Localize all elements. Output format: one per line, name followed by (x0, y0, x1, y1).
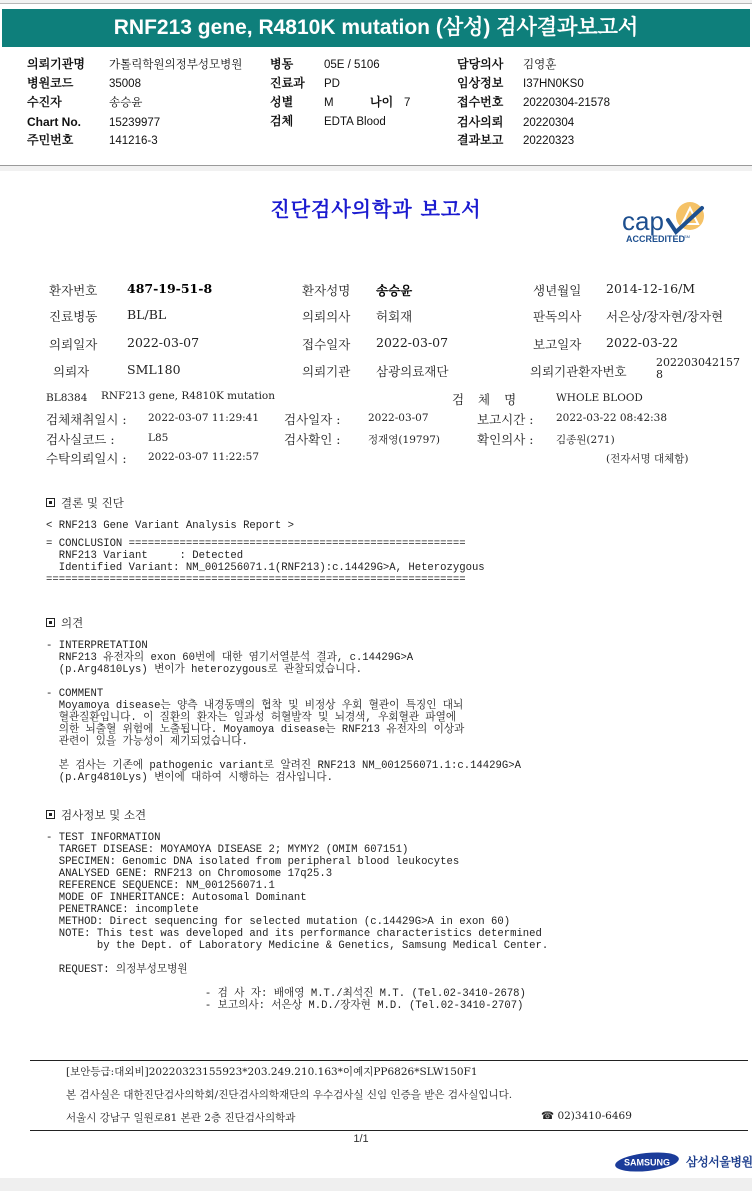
page-number: 1/1 (0, 1133, 722, 1145)
samsung-logo: SAMSUNG (614, 1151, 680, 1173)
value-receipt-date: 2022-03-07 (376, 335, 448, 350)
opinion-line: - COMMENT (46, 688, 521, 700)
test-info-line: NOTE: This test was developed and its pe… (46, 928, 548, 940)
label-specimen-name: 검 체 명 (452, 390, 521, 408)
conclusion-line: = CONCLUSION ===========================… (46, 538, 485, 550)
value-resident-number: 141216-3 (109, 132, 158, 151)
value-clinical-info: I37HN0KS0 (523, 75, 584, 94)
value-patient-name: 송승윤 (376, 281, 412, 299)
label-request-date: 의뢰일자 (49, 335, 97, 353)
square-bullet-icon (46, 498, 55, 507)
footer-top-rule (30, 1060, 748, 1061)
value-result-report: 20220323 (523, 132, 574, 151)
test-info-line: - TEST INFORMATION (46, 832, 548, 844)
value-requesting-org: 삼광의료재단 (376, 362, 448, 380)
document-title: RNF213 gene, R4810K mutation (삼성) 검사결과보고… (114, 16, 638, 39)
value-collection-time: 2022-03-07 11:29:41 (148, 412, 259, 424)
value-sex: M (324, 94, 370, 113)
test-info-line: PENETRANCE: incomplete (46, 904, 548, 916)
test-info-line: MODE OF INHERITANCE: Autosomal Dominant (46, 892, 548, 904)
label-receipt-date: 접수일자 (302, 335, 350, 353)
conclusion-line: RNF213 Variant : Detected (46, 550, 485, 562)
label-result-report: 결과보고 (457, 131, 523, 150)
value-birthdate: 2014-12-16/M (606, 281, 695, 296)
test-info-line: REFERENCE SEQUENCE: NM_001256071.1 (46, 880, 548, 892)
label-requester: 의뢰자 (53, 362, 89, 380)
label-ward: 병동 (270, 55, 324, 74)
test-info-line: TARGET DISEASE: MOYAMOYA DISEASE 2; MYMY… (46, 844, 548, 856)
test-info-line: SPECIMEN: Genomic DNA isolated from peri… (46, 856, 548, 868)
label-sex: 성별 (270, 93, 324, 112)
value-specimen-name: WHOLE BLOOD (556, 392, 643, 404)
section-title-opinion: 의견 (61, 616, 83, 630)
svg-text:SAMSUNG: SAMSUNG (624, 1158, 670, 1168)
value-requester: SML180 (127, 362, 181, 377)
value-confirm-doctor: 김종원(271) (556, 432, 615, 447)
label-requesting-org: 의뢰기관 (302, 362, 350, 380)
svg-text:ACCREDITED: ACCREDITED (626, 234, 686, 244)
square-bullet-icon (46, 810, 55, 819)
label-specimen: 검체 (270, 112, 324, 131)
label-age: 나이 (370, 93, 404, 112)
opinion-line: 혈관질환입니다. 이 질환의 환자는 일과성 허혈발작 및 뇌경색, 우회혈관 … (46, 712, 521, 724)
label-chart-no: Chart No. (27, 113, 109, 132)
label-resident-number: 주민번호 (27, 131, 109, 150)
test-code: BL8384 (46, 392, 87, 404)
footer-bottom-rule (30, 1130, 748, 1131)
test-info-text-block: - TEST INFORMATION TARGET DISEASE: MOYAM… (46, 832, 548, 1012)
label-confirm-doctor: 확인의사 : (477, 430, 534, 448)
conclusion-line: ========================================… (46, 574, 485, 586)
section-heading-test-info: 검사정보 및 소견 (46, 807, 146, 823)
address-line: 서울시 강남구 일원로81 본관 2층 진단검사의학과 (66, 1110, 295, 1125)
opinion-line: 관련이 있을 가능성이 제기되었습니다. (46, 736, 521, 748)
label-clinical-info: 임상정보 (457, 74, 523, 93)
section-title-test-info: 검사정보 및 소견 (61, 808, 146, 822)
svg-text:SM: SM (684, 234, 690, 239)
label-requesting-institution: 의뢰기관명 (27, 55, 109, 74)
window-top-edge (0, 0, 752, 4)
value-attending-doctor: 김영훈 (523, 56, 556, 75)
label-report-time: 보고시간 : (477, 410, 534, 428)
opinion-line: RNF213 유전자의 exon 60번에 대한 염기서열분석 결과, c.14… (46, 652, 521, 664)
test-info-line: REQUEST: 의정부성모병원 (46, 964, 548, 976)
value-org-patient-number-line2: 8 (656, 369, 663, 381)
e-signature-note: (전자서명 대체함) (606, 451, 689, 466)
label-referring-doctor: 의뢰의사 (302, 307, 350, 325)
test-info-line: - 보고의사: 서은상 M.D./장자현 M.D. (Tel.02-3410-2… (46, 1000, 548, 1012)
test-info-line: - 검 사 자: 배애영 M.T./최석진 M.T. (Tel.02-3410-… (46, 988, 548, 1000)
phone-line: ☎ 02)3410-6469 (541, 1110, 632, 1122)
label-birthdate: 생년월일 (533, 281, 581, 299)
value-ward: BL/BL (127, 307, 166, 322)
opinion-line: 본 검사는 기존에 pathogenic variant로 알려진 RNF213… (46, 760, 521, 772)
phone-icon: ☎ (541, 1110, 554, 1122)
conclusion-line: < RNF213 Gene Variant Analysis Report > (46, 520, 485, 532)
phone-number: 02)3410-6469 (557, 1110, 631, 1122)
value-referring-doctor: 허회재 (376, 307, 412, 325)
value-department: PD (324, 75, 340, 94)
opinion-line: - INTERPRETATION (46, 640, 521, 652)
test-info-line: ANALYSED GENE: RNF213 on Chromosome 17q2… (46, 868, 548, 880)
label-report-date: 보고일자 (533, 335, 581, 353)
header-divider-shade (0, 166, 752, 171)
label-receipt-number: 접수번호 (457, 93, 523, 112)
section-heading-opinion: 의견 (46, 615, 83, 631)
value-report-time: 2022-03-22 08:42:38 (556, 412, 667, 424)
value-patient: 송승윤 (109, 94, 142, 113)
label-patient: 수진자 (27, 93, 109, 112)
security-line: [보안등급:대외비]20220323155923*203.249.210.163… (66, 1064, 478, 1079)
value-patient-number: 487-19-51-8 (127, 281, 212, 296)
label-ward: 진료병동 (49, 307, 97, 325)
label-patient-name: 환자성명 (302, 281, 350, 299)
opinion-line: (p.Arg4810Lys) 변이가 heterozygous로 관찰되었습니다… (46, 664, 521, 676)
test-info-line: by the Dept. of Laboratory Medicine & Ge… (46, 940, 548, 952)
value-requesting-institution: 가톨릭학원의정부성모병원 (109, 56, 242, 75)
value-request-date: 2022-03-07 (127, 335, 199, 350)
svg-text:cap: cap (622, 206, 664, 236)
label-patient-number: 환자번호 (49, 281, 97, 299)
section-heading-conclusion: 결론 및 진단 (46, 495, 124, 511)
label-reading-doctor: 판독의사 (533, 307, 581, 325)
test-name: RNF213 gene, R4810K mutation (101, 390, 275, 402)
value-report-date: 2022-03-22 (606, 335, 678, 350)
label-department: 진료과 (270, 74, 324, 93)
label-collection-time: 검체채취일시 : (46, 410, 127, 428)
value-reading-doctor: 서은상/장자현/장자현 (606, 307, 723, 325)
value-org-patient-number-line1: 202203042157 (656, 357, 740, 369)
opinion-line: 의한 뇌출혈 위험에 노출됩니다. Moyamoya disease는 RNF2… (46, 724, 521, 736)
label-test-request: 검사의뢰 (457, 113, 523, 132)
certification-line: 본 검사실은 대한진단검사의학회/진단검사의학재단의 우수검사실 신임 인증을 … (66, 1087, 512, 1102)
label-lab-code: 검사실코드 : (46, 430, 115, 448)
square-bullet-icon (46, 618, 55, 627)
value-test-confirm: 정재영(19797) (368, 432, 440, 447)
cap-accredited-logo: cap ACCREDITED SM (620, 200, 720, 250)
label-test-date: 검사일자 : (284, 410, 341, 428)
label-consignment-time: 수탁의뢰일시 : (46, 449, 127, 467)
value-consignment-time: 2022-03-07 11:22:57 (148, 451, 259, 463)
label-test-confirm: 검사확인 : (284, 430, 341, 448)
document-title-bar: RNF213 gene, R4810K mutation (삼성) 검사결과보고… (2, 9, 750, 47)
value-age: 7 (404, 94, 410, 113)
cap-logo-icon: cap ACCREDITED SM (620, 200, 720, 250)
conclusion-line: Identified Variant: NM_001256071.1(RNF21… (46, 562, 485, 574)
value-test-date: 2022-03-07 (368, 412, 429, 424)
value-lab-code: L85 (148, 432, 168, 444)
conclusion-block: < RNF213 Gene Variant Analysis Report >=… (46, 520, 485, 586)
section-title-conclusion: 결론 및 진단 (61, 496, 124, 510)
value-specimen: EDTA Blood (324, 113, 386, 132)
test-info-line: METHOD: Direct sequencing for selected m… (46, 916, 548, 928)
page-bottom-margin (0, 1178, 752, 1191)
opinion-line: (p.Arg4810Lys) 변이에 대하여 시행하는 검사입니다. (46, 772, 521, 784)
label-hospital-code: 병원코드 (27, 74, 109, 93)
opinion-line: Moyamoya disease는 양측 내경동맥의 협착 및 비정상 우회 혈… (46, 700, 521, 712)
label-attending-doctor: 담당의사 (457, 55, 523, 74)
value-ward: 05E / 5106 (324, 56, 380, 75)
value-receipt-number: 20220304-21578 (523, 94, 610, 113)
hospital-name: 삼성서울병원 (686, 1153, 752, 1170)
opinion-block: - INTERPRETATION RNF213 유전자의 exon 60번에 대… (46, 640, 521, 784)
samsung-logo-icon: SAMSUNG (614, 1151, 680, 1173)
label-org-patient-number: 의뢰기관환자번호 (530, 362, 627, 380)
value-hospital-code: 35008 (109, 75, 141, 94)
